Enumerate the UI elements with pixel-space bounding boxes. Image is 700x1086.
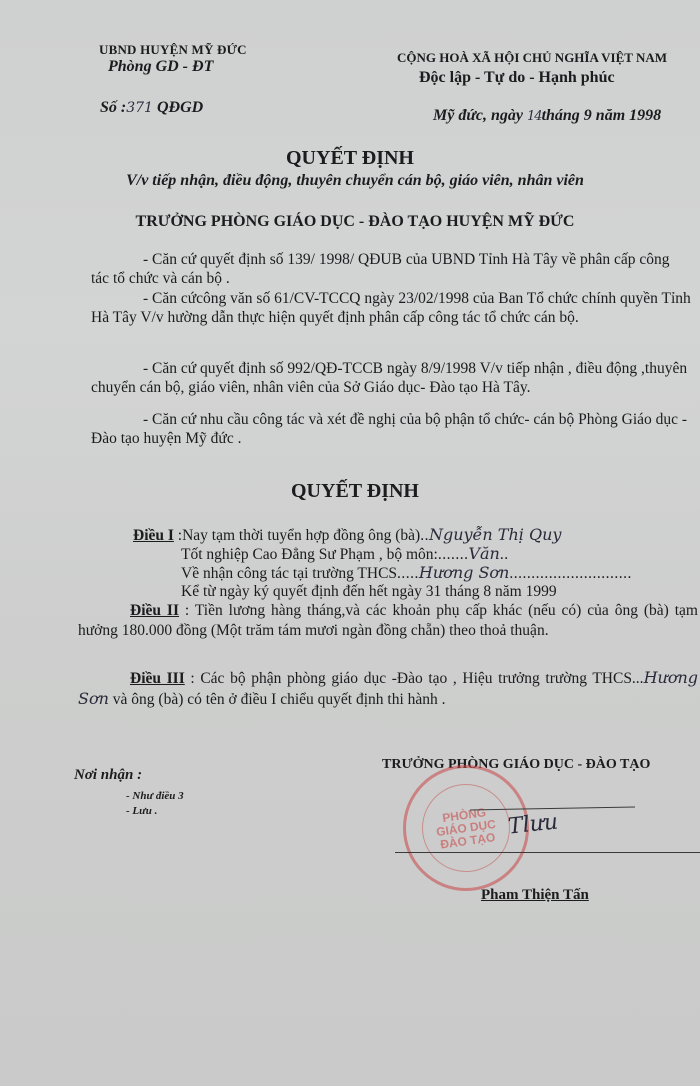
signer-name: Pham Thiện Tấn [481,887,589,904]
stamp-text: PHÒNG GIÁO DỤC ĐÀO TẠO [416,778,515,877]
issuing-authority: TRƯỞNG PHÒNG GIÁO DỤC - ĐÀO TẠO HUYỆN MỸ… [0,213,700,231]
recipient-item: - Như điều 3 [126,790,184,802]
national-motto: Độc lập - Tự do - Hạnh phúc [419,69,615,87]
document-number-label: Số : [100,99,126,116]
ground-2: - Căn cứcông văn số 61/CV-TCCQ ngày 23/0… [91,289,691,327]
document-title: QUYẾT ĐỊNH [0,147,700,170]
school-handwritten: Hương Sơn [419,563,509,582]
article-3-label: Điều III [130,670,185,687]
signatory-title: TRƯỞNG PHÒNG GIÁO DỤC - ĐÀO TẠO [382,757,650,773]
article-1-line-2: Tốt nghiệp Cao Đẳng Sư Phạm , bộ môn:...… [181,544,509,564]
document-page: UBND HUYỆN MỸ ĐỨC Phòng GD - ĐT Số :371 … [0,0,700,1086]
date-prefix: Mỹ đức, ngày [433,107,527,124]
article-3: Điều III : Các bộ phận phòng giáo dục -Đ… [78,668,698,710]
article-1-line-4: Kể từ ngày ký quyết định đến hết ngày 31… [181,582,557,601]
handwritten-signature: Tlưu [507,809,559,839]
ground-1: - Căn cứ quyết định số 139/ 1998/ QĐUB c… [91,250,691,288]
recipients-label: Nơi nhận : [74,767,142,784]
document-number: Số :371 QĐGD [100,99,203,117]
recipient-item: - Lưu . [126,805,157,817]
employee-name-handwritten: Nguyễn Thị Quy [429,525,561,544]
document-number-handwritten: 371 [126,100,153,116]
national-title: CỘNG HOÀ XÃ HỘI CHỦ NGHĨA VIỆT NAM [397,50,667,66]
ground-3: - Căn cứ quyết định số 992/QĐ-TCCB ngày … [91,359,691,397]
document-date: Mỹ đức, ngày 14tháng 9 năm 1998 [433,107,661,125]
article-1-label: Điều I [133,527,174,544]
decision-title: QUYẾT ĐỊNH [0,480,700,503]
signature-stroke [395,852,700,853]
subject-handwritten: Văn [468,544,499,563]
document-subject: V/v tiếp nhận, điều động, thuyên chuyển … [0,172,700,190]
article-1-line-3: Về nhận công tác tại trường THCS.....Hươ… [181,563,632,583]
issuing-organization: UBND HUYỆN MỸ ĐỨC [99,42,247,58]
article-2-label: Điều II [130,602,179,619]
ground-4: - Căn cứ nhu cầu công tác và xét đề nghị… [91,410,691,448]
issuing-department: Phòng GD - ĐT [108,58,213,76]
date-suffix: tháng 9 năm 1998 [542,107,662,124]
article-1-line-1: Điều I :Nay tạm thời tuyển hợp đồng ông … [133,525,561,545]
article-2: Điều II : Tiền lương hàng tháng,và các k… [78,601,698,640]
date-day-handwritten: 14 [527,109,542,124]
document-number-suffix: QĐGD [153,99,203,116]
